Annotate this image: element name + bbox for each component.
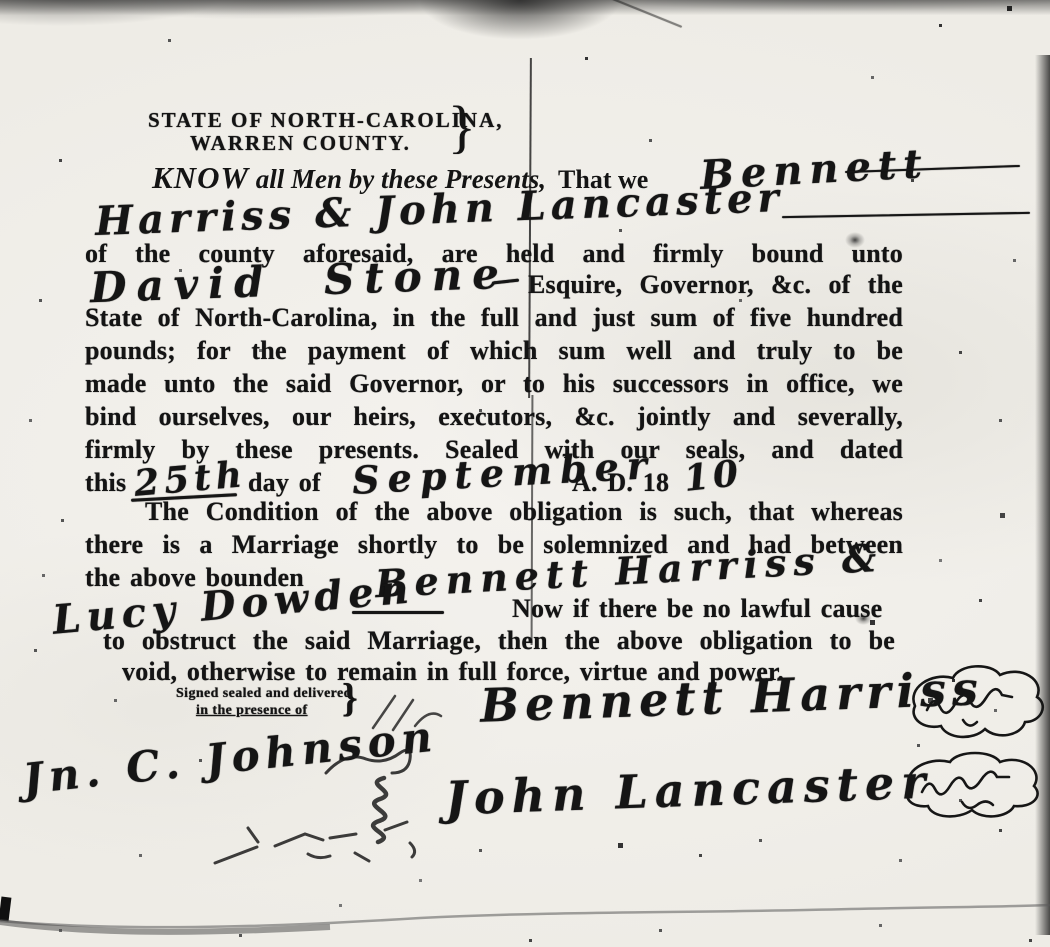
marriage-bond-document: STATE OF NORTH-CAROLINA, WARREN COUNTY. …: [0, 0, 1050, 947]
ink-dash-after-lancaster: [782, 212, 1030, 219]
date-day-of-text: day of: [248, 468, 321, 498]
ink-smudges-bottom: [180, 808, 460, 893]
bond-body-line-2: pounds; for the payment of which sum wel…: [85, 336, 903, 366]
date-ad-text: A. D. 18: [572, 468, 669, 498]
scan-specks: [0, 0, 1, 1]
header-brace: }: [448, 98, 476, 156]
date-this-text: this: [85, 468, 126, 498]
scan-smudge-top: [0, 0, 1050, 70]
condition-now-clause: Now if there be no lawful cause: [512, 594, 882, 624]
know-word: KNOW: [152, 160, 249, 195]
crease-line-bottom: [0, 895, 1050, 940]
attestation-brace: }: [342, 678, 358, 718]
bond-body-line-1: State of North-Carolina, in the full and…: [85, 303, 903, 333]
seal-scribble-2: [896, 746, 1048, 826]
attestation-line-2: in the presence of: [196, 703, 308, 719]
ink-coil-scribble: [350, 772, 410, 850]
condition-line-3: to obstruct the said Marriage, then the …: [103, 626, 895, 656]
condition-line-1: The Condition of the above obligation is…: [145, 497, 903, 527]
signature-john-lancaster: John Lancaster: [444, 755, 933, 826]
bond-body-line-3: made unto the said Governor, or to his s…: [85, 369, 903, 399]
attestation-line-1: Signed sealed and delivered: [176, 686, 352, 702]
ink-dash-after-bride: [352, 611, 444, 614]
bond-line-esquire: Esquire, Governor, &c. of the: [528, 270, 903, 300]
seal-scribble-1: [903, 660, 1048, 748]
header-county-line: WARREN COUNTY.: [190, 131, 411, 156]
bond-body-line-4: bind ourselves, our heirs, executors, &c…: [85, 402, 903, 432]
handwritten-date-year: 10: [682, 452, 744, 500]
